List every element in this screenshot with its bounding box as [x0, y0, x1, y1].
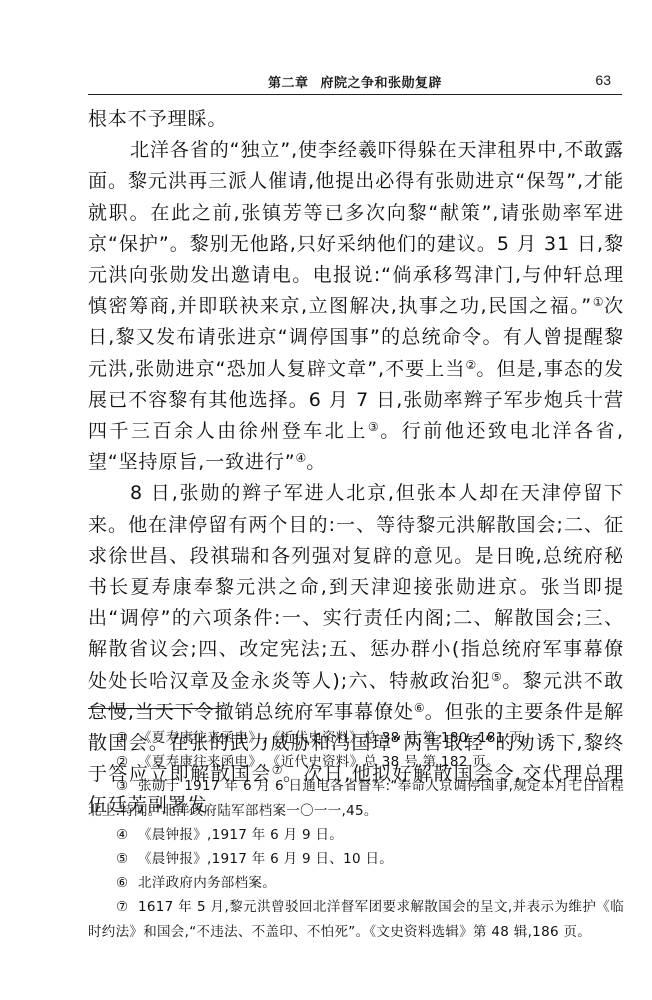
footnote-marker: ⑤ [116, 847, 138, 871]
footnote-marker: ③ [116, 774, 138, 798]
footnotes: ①《夏寿康往来函电》,《近代史资料》总 38 号,第 180--181 页。 ②… [88, 726, 624, 944]
running-header: 第二章府院之争和张勋复辟 63 [88, 70, 622, 92]
text-segment: 。 [306, 451, 326, 473]
footnote-marker: ⑦ [116, 895, 138, 919]
chapter-title: 府院之争和张勋复辟 [321, 76, 443, 91]
body-text: 根本不予理睬。 北洋各省的“独立”,使李经羲吓得躲在天津租界中,不敢露面。黎元洪… [88, 104, 624, 822]
book-page: 第二章府院之争和张勋复辟 63 根本不予理睬。 北洋各省的“独立”,使李经羲吓得… [0, 0, 652, 1000]
footnote-4: ④《晨钟报》,1917 年 6 月 9 日。 [88, 823, 624, 847]
footnote-ref-1[interactable]: ① [592, 295, 604, 309]
header-rule [88, 94, 622, 95]
footnote-separator [88, 708, 222, 709]
footnote-ref-2[interactable]: ② [465, 358, 476, 372]
footnote-text: 《夏寿康往来函电》,《近代史资料》总 38 号,第 182 页。 [138, 754, 500, 770]
text-segment: 根本不予理睬。 [88, 108, 227, 130]
footnote-text: 《晨钟报》,1917 年 6 月 9 日、10 日。 [138, 851, 393, 867]
footnote-text: 北洋政府内务部档案。 [138, 875, 276, 891]
footnote-ref-4[interactable]: ④ [296, 451, 307, 465]
text-segment: 北洋各省的“独立”,使李经羲吓得躲在天津租界中,不敢露面。黎元洪再三派人催请,他… [88, 139, 624, 317]
footnote-text: 《夏寿康往来函电》,《近代史资料》总 38 号,第 180--181 页。 [138, 730, 537, 746]
footnote-marker: ① [116, 726, 138, 750]
footnote-ref-5[interactable]: ⑤ [491, 670, 502, 684]
footnote-text: 张勋于 1917 年 6 月 6 日通电各省督军:“奉命人京调停国事,规定本月七… [88, 778, 624, 818]
footnote-marker: ⑥ [116, 871, 138, 895]
footnote-ref-3[interactable]: ③ [368, 420, 380, 434]
footnote-6: ⑥北洋政府内务部档案。 [88, 871, 624, 895]
footnote-2: ②《夏寿康往来函电》,《近代史资料》总 38 号,第 182 页。 [88, 750, 624, 774]
running-title: 第二章府院之争和张勋复辟 [88, 72, 622, 91]
footnote-ref-6[interactable]: ⑥ [414, 701, 425, 715]
footnote-7: ⑦1617 年 5 月,黎元洪曾驳回北洋督军团要求解散国会的呈文,并表示为维护《… [88, 895, 624, 943]
footnote-text: 《晨钟报》,1917 年 6 月 9 日。 [138, 827, 343, 843]
footnote-marker: ② [116, 750, 138, 774]
page-number: 63 [595, 72, 611, 88]
paragraph-2: 北洋各省的“独立”,使李经羲吓得躲在天津租界中,不敢露面。黎元洪再三派人催请,他… [88, 135, 624, 478]
footnote-3: ③张勋于 1917 年 6 月 6 日通电各省督军:“奉命人京调停国事,规定本月… [88, 774, 624, 822]
footnote-5: ⑤《晨钟报》,1917 年 6 月 9 日、10 日。 [88, 847, 624, 871]
footnote-text: 1617 年 5 月,黎元洪曾驳回北洋督军团要求解散国会的呈文,并表示为维护《临… [88, 899, 624, 939]
chapter-label: 第二章 [268, 76, 309, 91]
paragraph-1: 根本不予理睬。 [88, 104, 624, 135]
footnote-1: ①《夏寿康往来函电》,《近代史资料》总 38 号,第 180--181 页。 [88, 726, 624, 750]
text-segment: 8 日,张勋的辫子军进人北京,但张本人却在天津停留下来。他在津停留有两个目的:一… [88, 482, 624, 691]
footnote-marker: ④ [116, 823, 138, 847]
